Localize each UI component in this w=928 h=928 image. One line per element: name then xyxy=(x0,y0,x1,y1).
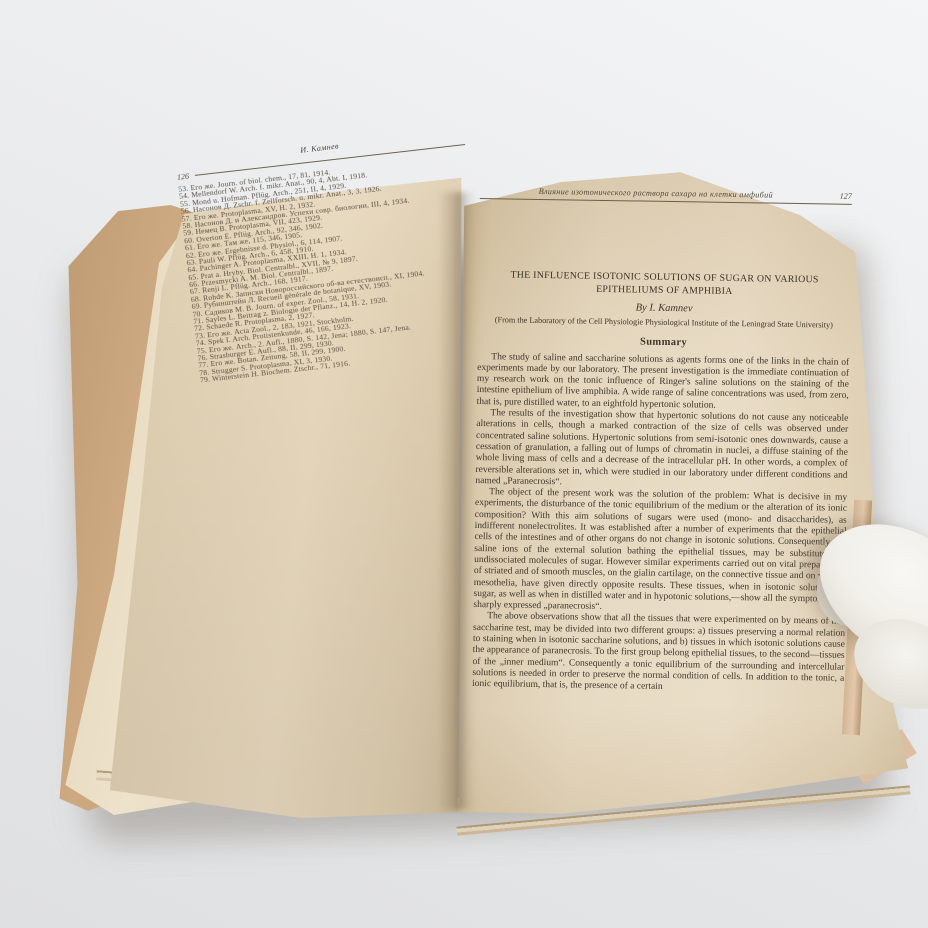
summary-paragraph: The above observations show that all the… xyxy=(472,611,845,696)
right-page-number: 127 xyxy=(840,192,852,201)
summary-paragraph: The study of saline and saccharine solut… xyxy=(477,352,850,414)
left-page-text: И. Камнев 126 53. Его же. Journ. of biol… xyxy=(175,127,489,384)
article-title: THE INFLUENCE ISOTONIC SOLUTIONS OF SUGA… xyxy=(478,269,850,300)
bibliography-list: 53. Его же. Journ. of biol. chem., 17, 8… xyxy=(178,153,489,384)
summary-heading: Summary xyxy=(478,334,850,351)
article-byline: By I. Kamnev xyxy=(478,300,850,317)
right-page-text: Влияние изотонического раствора сахара н… xyxy=(472,186,852,696)
article-affiliation: (From the Laboratory of the Cell Physiol… xyxy=(478,315,850,330)
summary-paragraph: The object of the present work was the s… xyxy=(473,487,847,617)
left-page-number: 126 xyxy=(176,172,189,182)
photo-of-open-book: И. Камнев 126 53. Его же. Journ. of biol… xyxy=(0,0,928,928)
summary-paragraph: The results of the investigation show th… xyxy=(475,408,848,493)
summary-paragraphs: The study of saline and saccharine solut… xyxy=(472,352,849,697)
